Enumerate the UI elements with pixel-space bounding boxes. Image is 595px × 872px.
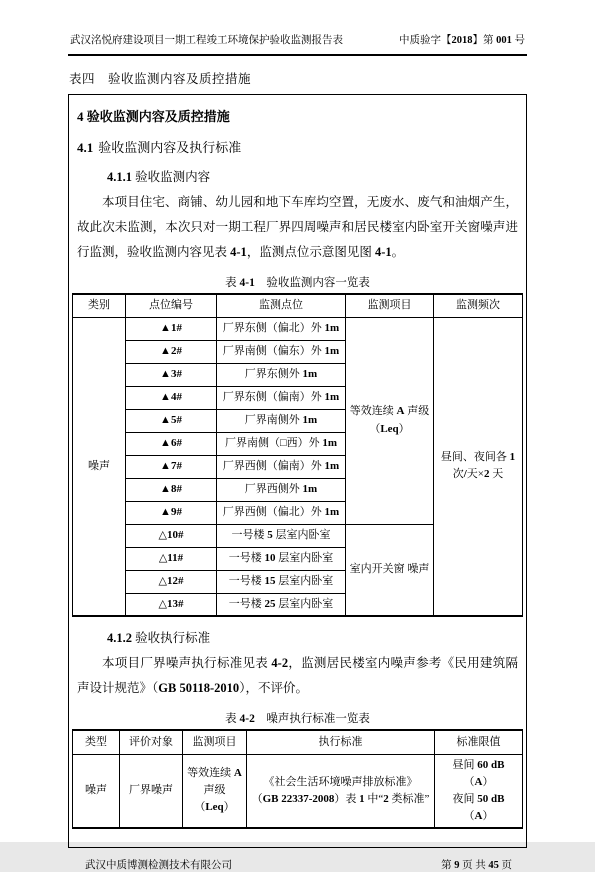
heading-4-1-number: 4.1	[77, 140, 93, 155]
frequency-cell: 昼间、夜间各 1 次/天×2 天	[434, 317, 523, 616]
location-cell: 厂界西侧（偏北）外 1m	[217, 501, 346, 524]
noise-limit-cell: 昼间 60 dB（A） 夜间 50 dB（A）	[435, 754, 523, 828]
noise-item-cell: 等效连续 A 声级（Leq）	[183, 754, 247, 828]
location-cell: 一号楼 25 层室内卧室	[217, 593, 346, 616]
col-header-point-no: 点位编号	[126, 294, 217, 317]
point-no-cell: △12#	[126, 570, 217, 593]
col-header-object: 评价对象	[120, 730, 183, 754]
point-no-cell: △10#	[126, 524, 217, 547]
location-cell: 厂界西侧（偏南）外 1m	[217, 455, 346, 478]
paragraph-standards: 本项目厂界噪声执行标准见表 4-2，监测居民楼室内噪声参考《民用建筑隔声设计规范…	[77, 651, 518, 701]
table-4-2: 类型 评价对象 监测项目 执行标准 标准限值 噪声 厂界噪声 等效连续 A 声级…	[72, 729, 523, 829]
point-no-cell: △13#	[126, 593, 217, 616]
location-cell: 厂界东侧（偏北）外 1m	[217, 317, 346, 340]
paragraph-monitoring-content: 本项目住宅、商铺、幼儿园和地下车库均空置，无废水、废气和油烟产生，故此次未监测，…	[77, 190, 518, 265]
point-no-cell: ▲2#	[126, 340, 217, 363]
heading-4: 4 验收监测内容及质控措施	[77, 106, 518, 125]
col-header-item: 监测项目	[183, 730, 247, 754]
location-cell: 厂界南侧（偏东）外 1m	[217, 340, 346, 363]
document-title: 武汉洺悦府建设项目一期工程竣工环境保护验收监测报告表	[70, 32, 343, 47]
location-cell: 一号楼 15 层室内卧室	[217, 570, 346, 593]
page-footer: 武汉中质博测检测技术有限公司 第 9 页 共 45 页	[85, 857, 512, 872]
location-cell: 厂界东侧外 1m	[217, 363, 346, 386]
noise-standard-cell: 《社会生活环境噪声排放标准》 （GB 22337-2008）表 1 中“2 类标…	[247, 754, 435, 828]
point-no-cell: ▲4#	[126, 386, 217, 409]
col-header-location: 监测点位	[217, 294, 346, 317]
item-boundary-cell: 等效连续 A 声级 （Leq）	[346, 317, 434, 524]
col-header-standard: 执行标准	[247, 730, 435, 754]
category-cell: 噪声	[73, 317, 126, 616]
footer-page-number: 第 9 页 共 45 页	[441, 857, 512, 872]
limit-day: 昼间 60 dB（A）	[438, 757, 519, 791]
table-4-1-caption: 表 4-1 验收监测内容一览表	[72, 274, 523, 290]
col-header-type: 类型	[73, 730, 120, 754]
point-no-cell: ▲9#	[126, 501, 217, 524]
table-4-1: 类别 点位编号 监测点位 监测项目 监测频次 噪声 ▲1# 厂界东侧（偏北）外 …	[72, 293, 523, 617]
point-no-cell: △11#	[126, 547, 217, 570]
table-row: 噪声 ▲1# 厂界东侧（偏北）外 1m 等效连续 A 声级 （Leq） 昼间、夜…	[73, 317, 523, 340]
table-4-2-header-row: 类型 评价对象 监测项目 执行标准 标准限值	[73, 730, 523, 754]
noise-object-cell: 厂界噪声	[120, 754, 183, 828]
heading-4-1-1: 4.1.1 验收监测内容	[107, 167, 518, 185]
location-cell: 一号楼 5 层室内卧室	[217, 524, 346, 547]
standard-line-1: 《社会生活环境噪声排放标准》	[250, 774, 431, 791]
footer-company: 武汉中质博测检测技术有限公司	[85, 857, 232, 872]
point-no-cell: ▲6#	[126, 432, 217, 455]
limit-night: 夜间 50 dB（A）	[438, 791, 519, 825]
point-no-cell: ▲1#	[126, 317, 217, 340]
point-no-cell: ▲3#	[126, 363, 217, 386]
location-cell: 厂界南侧（□西）外 1m	[217, 432, 346, 455]
location-cell: 厂界东侧（偏南）外 1m	[217, 386, 346, 409]
noise-type-cell: 噪声	[73, 754, 120, 828]
heading-4-1: 4.1验收监测内容及执行标准	[77, 137, 518, 156]
heading-4-1-2: 4.1.2 验收执行标准	[107, 628, 518, 646]
heading-4-1-text: 验收监测内容及执行标准	[98, 140, 241, 155]
location-cell: 一号楼 10 层室内卧室	[217, 547, 346, 570]
standard-line-2: （GB 22337-2008）表 1 中“2 类标准”	[250, 791, 431, 808]
col-header-category: 类别	[73, 294, 126, 317]
table-4-1-header-row: 类别 点位编号 监测点位 监测项目 监测频次	[73, 294, 523, 317]
point-no-cell: ▲5#	[126, 409, 217, 432]
document-number: 中质验字【2018】第 001 号	[399, 32, 525, 47]
table-row: 噪声 厂界噪声 等效连续 A 声级（Leq） 《社会生活环境噪声排放标准》 （G…	[73, 754, 523, 828]
col-header-frequency: 监测频次	[434, 294, 523, 317]
table-4-2-caption: 表 4-2 噪声执行标准一览表	[72, 710, 523, 726]
item-indoor-cell: 室内开关窗 噪声	[346, 524, 434, 616]
col-header-limit: 标准限值	[435, 730, 523, 754]
location-cell: 厂界西侧外 1m	[217, 478, 346, 501]
col-header-item: 监测项目	[346, 294, 434, 317]
page-header: 武汉洺悦府建设项目一期工程竣工环境保护验收监测报告表 中质验字【2018】第 0…	[68, 32, 527, 56]
location-cell: 厂界南侧外 1m	[217, 409, 346, 432]
point-no-cell: ▲8#	[126, 478, 217, 501]
point-no-cell: ▲7#	[126, 455, 217, 478]
report-page: 武汉洺悦府建设项目一期工程竣工环境保护验收监测报告表 中质验字【2018】第 0…	[0, 0, 595, 842]
content-box: 4 验收监测内容及质控措施 4.1验收监测内容及执行标准 4.1.1 验收监测内…	[68, 94, 527, 848]
form-section-caption: 表四 验收监测内容及质控措施	[69, 69, 527, 87]
